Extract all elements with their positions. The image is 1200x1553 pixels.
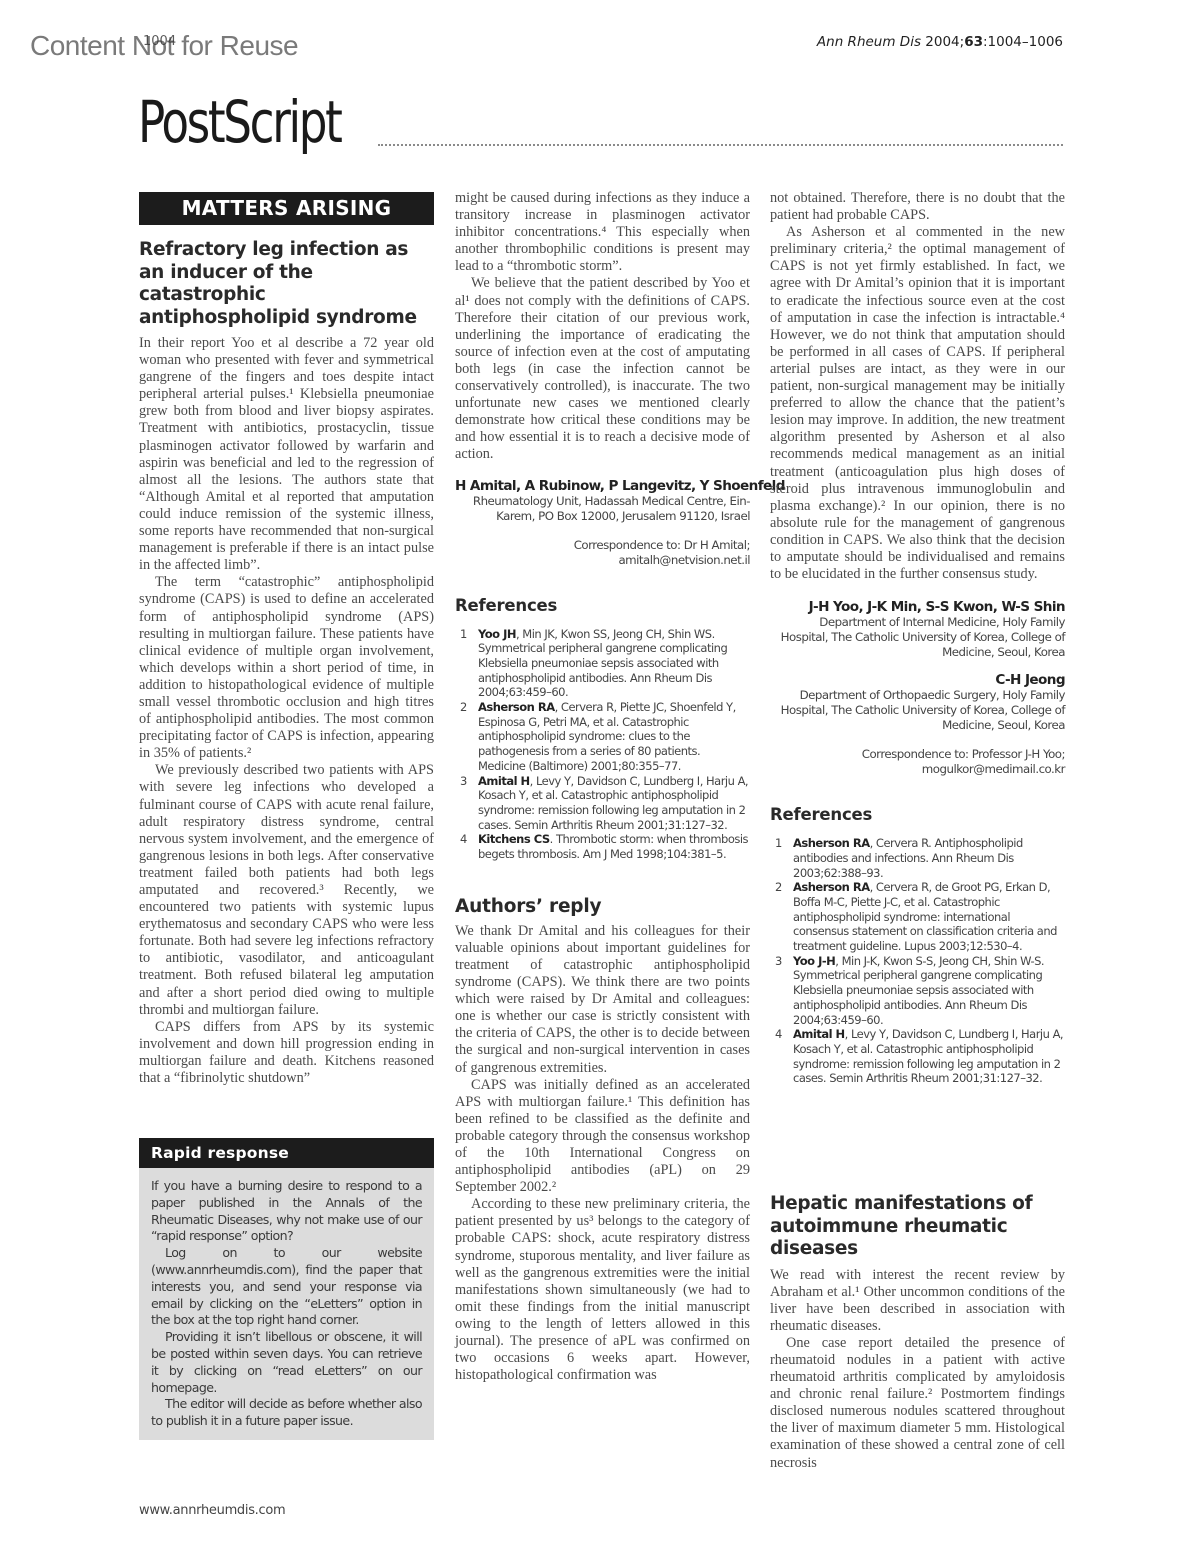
reply-authors-2: C-H Jeong bbox=[770, 672, 1065, 688]
authors-reply-body: We thank Dr Amital and his colleagues fo… bbox=[455, 923, 750, 1385]
rapid-response-title: Rapid response bbox=[139, 1138, 434, 1168]
paragraph: Providing it isn’t libellous or obscene,… bbox=[151, 1329, 422, 1396]
article-title: Hepatic manifestations of autoimmune rhe… bbox=[770, 1193, 1065, 1261]
article-authors: H Amital, A Rubinow, P Langevitz, Y Shoe… bbox=[455, 478, 750, 494]
paragraph: We read with interest the recent review … bbox=[770, 1267, 1065, 1335]
journal-volume: 63 bbox=[964, 34, 983, 50]
article-body-continued: might be caused during infections as the… bbox=[455, 190, 750, 464]
references-list: 1Yoo JH, Min JK, Kwon SS, Jeong CH, Shin… bbox=[455, 627, 750, 862]
rapid-response-box: Rapid response If you have a burning des… bbox=[139, 1138, 434, 1440]
article-body: In their report Yoo et al describe a 72 … bbox=[139, 335, 434, 1087]
paragraph: CAPS was initially defined as an acceler… bbox=[455, 1077, 750, 1197]
authors-reply-heading: Authors’ reply bbox=[455, 896, 750, 917]
journal-name: Ann Rheum Dis bbox=[817, 34, 921, 50]
reply-authors: J-H Yoo, J-K Min, S-S Kwon, W-S Shin bbox=[770, 599, 1065, 615]
paragraph: might be caused during infections as the… bbox=[455, 190, 750, 275]
paragraph: As Asherson et al commented in the new p… bbox=[770, 224, 1065, 583]
authors-reply-body-continued: not obtained. Therefore, there is no dou… bbox=[770, 190, 1065, 583]
journal-pages: :1004–1006 bbox=[983, 34, 1063, 50]
article-2: Hepatic manifestations of autoimmune rhe… bbox=[770, 1193, 1065, 1472]
running-head: Ann Rheum Dis 2004;63:1004–1006 bbox=[817, 34, 1063, 50]
masthead-title: PostScript bbox=[138, 86, 340, 158]
reply-correspondence: Correspondence to: Professor J-H Yoo; mo… bbox=[770, 747, 1065, 777]
paragraph: CAPS differs from APS by its systemic in… bbox=[139, 1019, 434, 1087]
dotted-rule bbox=[378, 144, 1063, 146]
journal-year: 2004; bbox=[925, 34, 964, 50]
masthead: PostScript bbox=[138, 86, 1063, 166]
references-heading: References bbox=[770, 805, 1065, 824]
page-number: 1004 bbox=[143, 34, 176, 49]
paragraph: The editor will decide as before whether… bbox=[151, 1396, 422, 1430]
paragraph: We believe that the patient described by… bbox=[455, 275, 750, 463]
reference-item: 3Yoo J-H, Min J-K, Kwon S-S, Jeong CH, S… bbox=[770, 954, 1065, 1028]
reply-affiliation-1: Department of Internal Medicine, Holy Fa… bbox=[770, 615, 1065, 660]
reply-affiliation-2: Department of Orthopaedic Surgery, Holy … bbox=[770, 688, 1065, 733]
reference-item: 1Yoo JH, Min JK, Kwon SS, Jeong CH, Shin… bbox=[455, 627, 750, 701]
article-affiliation: Rheumatology Unit, Hadassah Medical Cent… bbox=[455, 494, 750, 524]
reference-item: 2Asherson RA, Cervera R, Piette JC, Shoe… bbox=[455, 700, 750, 774]
references-list: 1Asherson RA, Cervera R. Antiphospholipi… bbox=[770, 836, 1065, 1086]
reference-item: 3Amital H, Levy Y, Davidson C, Lundberg … bbox=[455, 774, 750, 833]
paragraph: Log on to our website (www.annrheumdis.c… bbox=[151, 1245, 422, 1329]
reference-item: 2Asherson RA, Cervera R, de Groot PG, Er… bbox=[770, 880, 1065, 954]
references-heading: References bbox=[455, 596, 750, 615]
paragraph: One case report detailed the presence of… bbox=[770, 1335, 1065, 1472]
article-body: We read with interest the recent review … bbox=[770, 1267, 1065, 1472]
column-1: MATTERS ARISING Refractory leg infection… bbox=[139, 190, 434, 1087]
reference-item: 4Amital H, Levy Y, Davidson C, Lundberg … bbox=[770, 1027, 1065, 1086]
reference-item: 1Asherson RA, Cervera R. Antiphospholipi… bbox=[770, 836, 1065, 880]
paragraph: The term “catastrophic” antiphospholipid… bbox=[139, 574, 434, 762]
paragraph: In their report Yoo et al describe a 72 … bbox=[139, 335, 434, 574]
paragraph: We thank Dr Amital and his colleagues fo… bbox=[455, 923, 750, 1077]
correspondence: Correspondence to: Dr H Amital; amitalh@… bbox=[455, 538, 750, 568]
paragraph: We previously described two patients wit… bbox=[139, 762, 434, 1018]
rapid-response-body: If you have a burning desire to respond … bbox=[139, 1168, 434, 1440]
paragraph: If you have a burning desire to respond … bbox=[151, 1178, 422, 1245]
footer-url[interactable]: www.annrheumdis.com bbox=[139, 1503, 285, 1518]
paragraph: not obtained. Therefore, there is no dou… bbox=[770, 190, 1065, 224]
section-banner: MATTERS ARISING bbox=[139, 192, 434, 225]
column-3: not obtained. Therefore, there is no dou… bbox=[770, 190, 1065, 1086]
paragraph: According to these new preliminary crite… bbox=[455, 1196, 750, 1384]
column-2: might be caused during infections as the… bbox=[455, 190, 750, 1384]
article-title: Refractory leg infection as an inducer o… bbox=[139, 239, 434, 329]
reference-item: 4Kitchens CS. Thrombotic storm: when thr… bbox=[455, 832, 750, 861]
